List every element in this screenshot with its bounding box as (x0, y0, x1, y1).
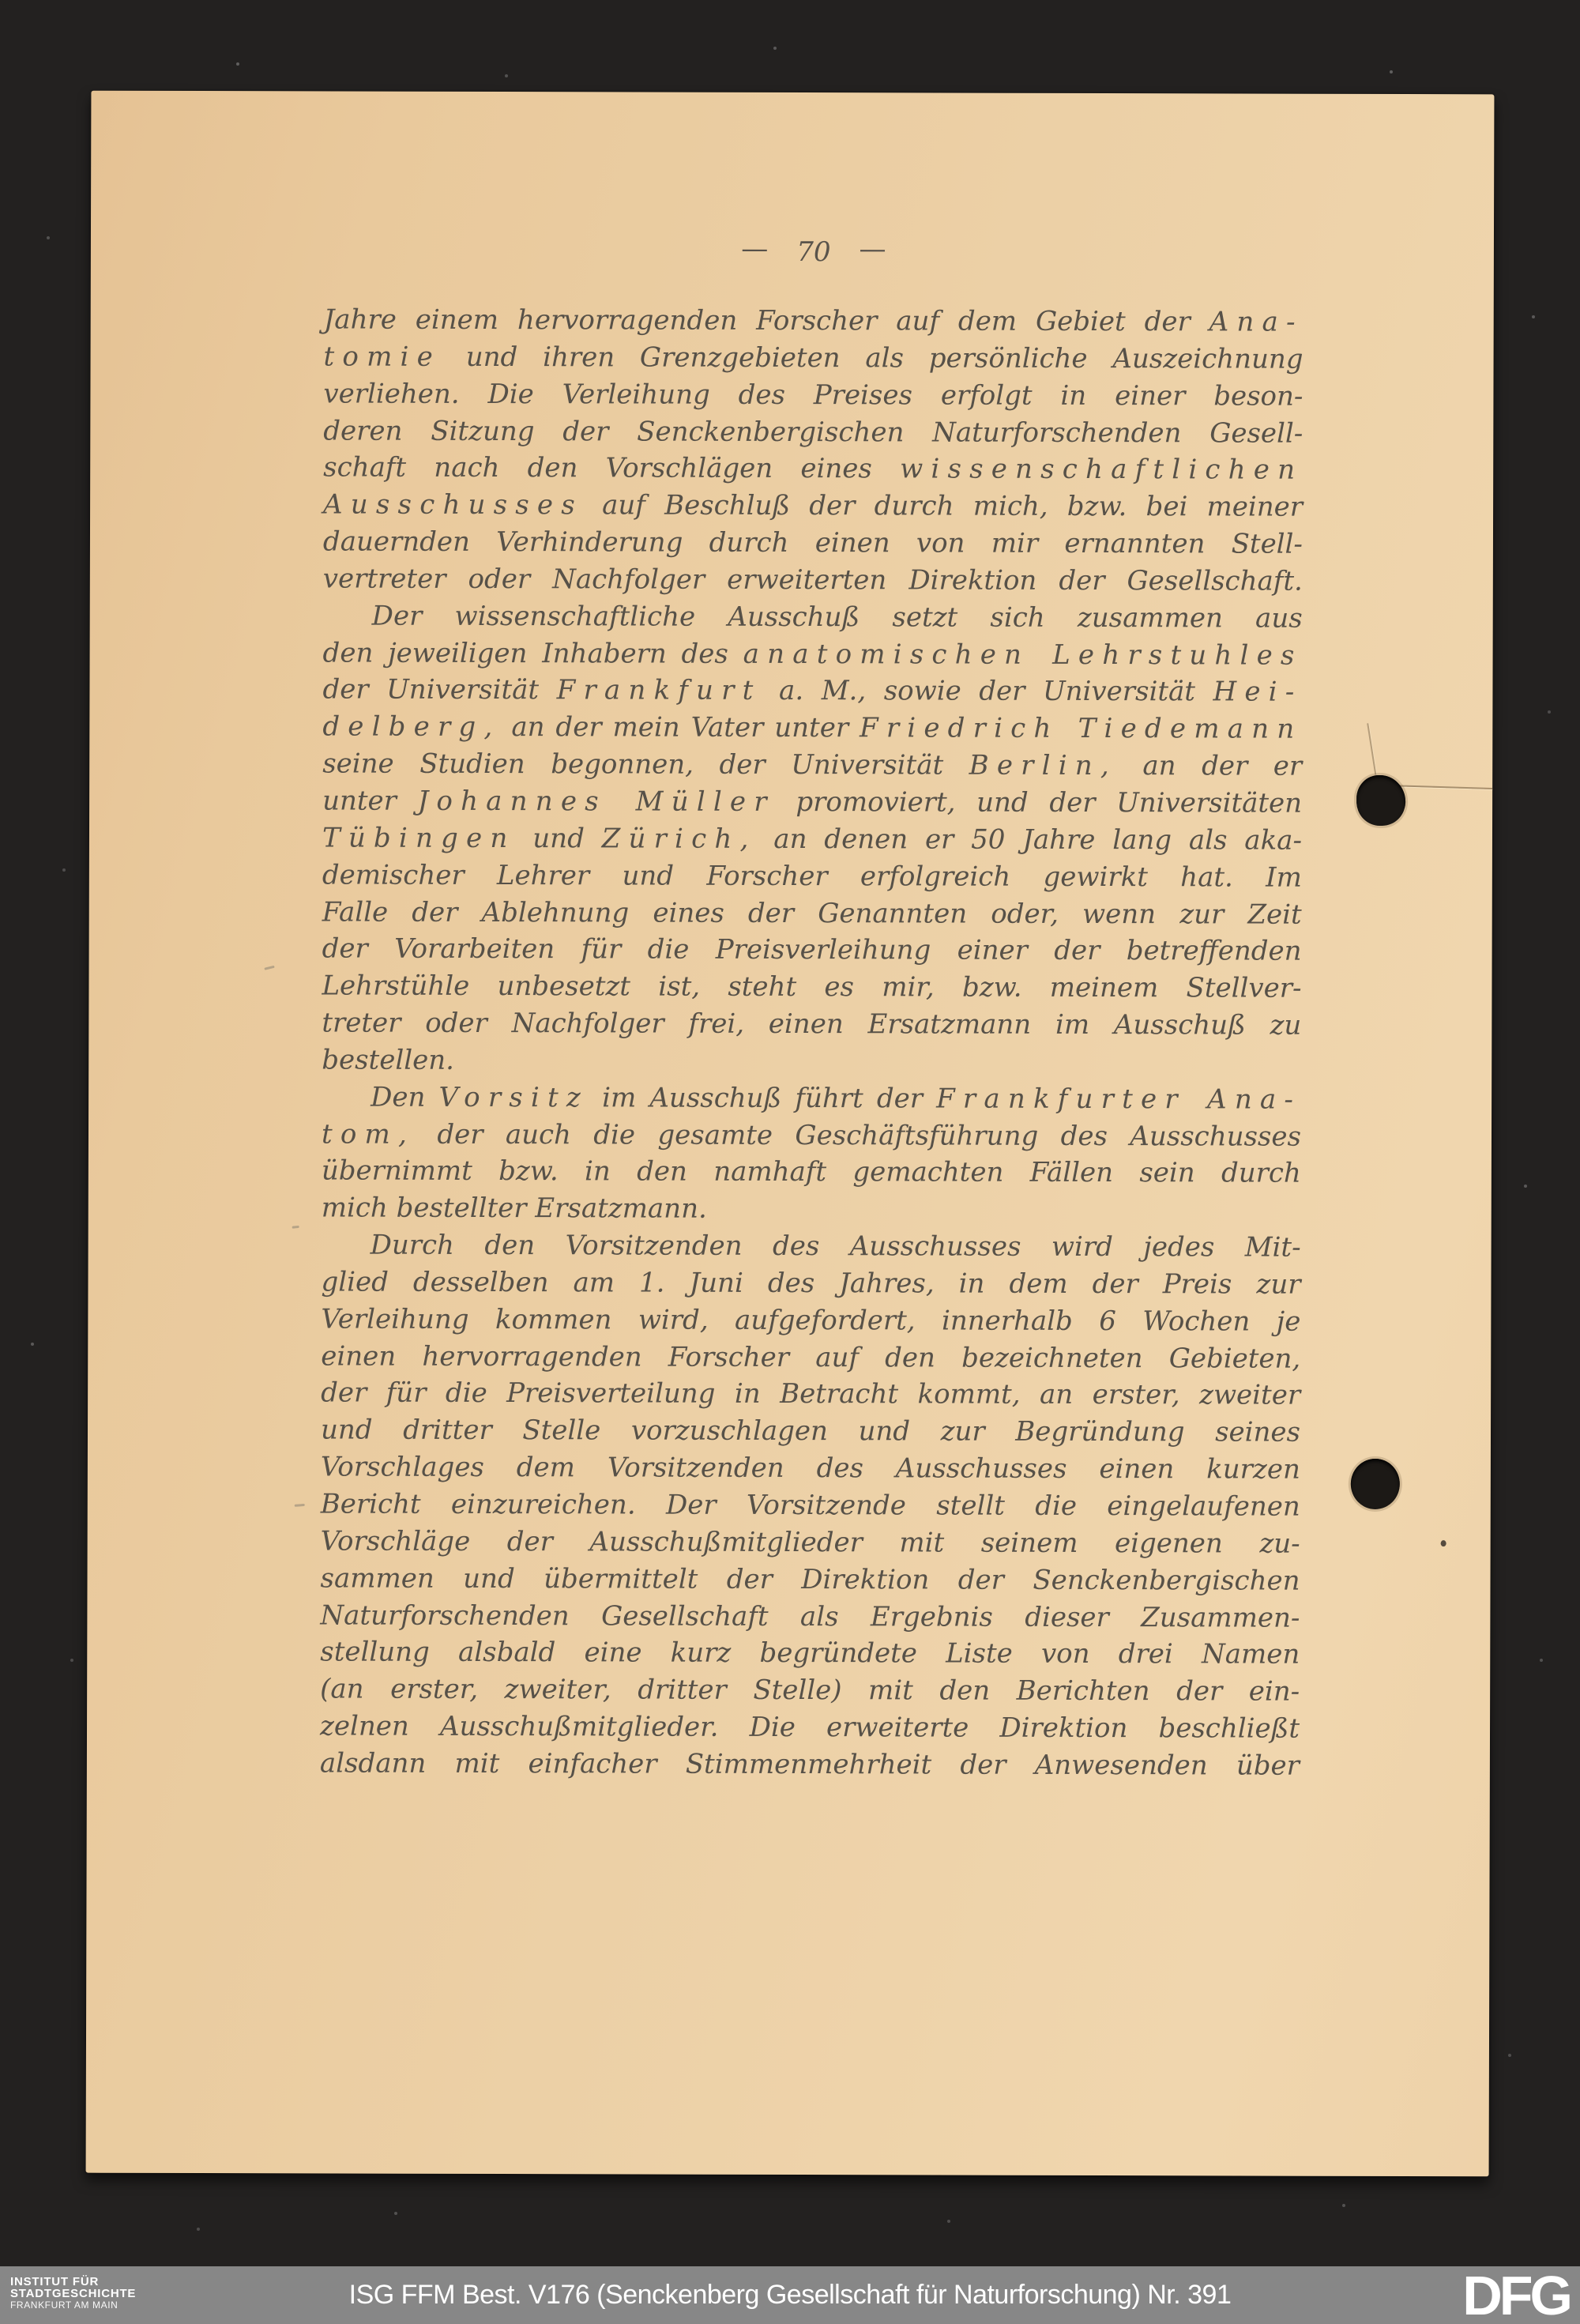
letterspaced-text: Vorsitz (438, 1082, 589, 1113)
text-segment: an denen er 50 Jahre lang als aka- (756, 823, 1302, 857)
text-line: Vorschläge der Ausschußmitglieder mit se… (321, 1523, 1300, 1562)
letterspaced-text: Friedrich Tiedemann (860, 713, 1302, 745)
paragraph: Der wissenschaftliche Ausschuß setzt sic… (322, 597, 1303, 1081)
text-line: deren Sitzung der Senckenbergischen Natu… (323, 412, 1303, 452)
text-line: einen hervorragenden Forscher auf den be… (321, 1338, 1300, 1377)
text-line: Naturforschenden Gesellschaft als Ergebn… (320, 1597, 1300, 1637)
text-line: mich bestellter Ersatzmann. (322, 1190, 1301, 1230)
text-segment: im Ausschuß führt der (589, 1082, 936, 1114)
text-line: verliehen. Die Verleihung des Preises er… (323, 375, 1303, 415)
margin-pencil-mark (264, 966, 274, 970)
text-line: der Vorarbeiten für die Preisverleihung … (322, 931, 1302, 970)
text-line: den jeweiligen Inhabern des anatomischen… (323, 635, 1303, 674)
text-segment: Der wissenschaftliche Ausschuß setzt sic… (372, 600, 1303, 634)
text-line: treter oder Nachfolger frei, einen Ersat… (322, 1004, 1301, 1044)
text-line: Den Vorsitz im Ausschuß führt der Frankf… (322, 1079, 1301, 1118)
institute-logo-line2: STADTGESCHICHTE (10, 2288, 136, 2300)
institute-logo: INSTITUT FÜR STADTGESCHICHTE FRANKFURT A… (10, 2277, 136, 2311)
text-segment: alsdann mit einfacher Stimmenmehrheit de… (320, 1747, 1300, 1781)
text-line: Durch den Vorsitzenden des Ausschusses w… (322, 1227, 1301, 1267)
text-segment: treter oder Nachfolger frei, einen Ersat… (322, 1007, 1301, 1041)
letterspaced-text: Zürich, (602, 823, 757, 855)
text-line: und dritter Stelle vorzuschlagen und zur… (321, 1412, 1300, 1452)
page-number: 70 (796, 236, 830, 268)
text-line: Jahre einem hervorragenden Forscher auf … (324, 301, 1303, 341)
paragraph: Den Vorsitz im Ausschuß führt der Frankf… (322, 1079, 1301, 1230)
letterspaced-text: tom, (322, 1118, 415, 1150)
text-line: stellung alsbald eine kurz begründete Li… (320, 1634, 1300, 1674)
text-segment: dauernden Verhinderung durch einen von m… (323, 526, 1303, 560)
scanned-page: —70— Jahre einem hervorragenden Forscher… (86, 91, 1495, 2177)
text-segment: sammen und übermittelt der Direktion der… (320, 1562, 1300, 1596)
text-line: tomie und ihren Grenzgebieten als persön… (324, 338, 1303, 378)
text-segment: promoviert, und der Universitäten (775, 786, 1302, 819)
text-segment: Bericht einzureichen. Der Vorsitzende st… (321, 1488, 1300, 1522)
text-segment: Vorschlages dem Vorsitzenden des Ausschu… (321, 1452, 1300, 1486)
letterspaced-text: delberg, (322, 711, 500, 744)
text-segment: unter (322, 785, 418, 816)
text-segment: Vorschläge der Ausschußmitglieder mit se… (321, 1525, 1300, 1559)
letterspaced-text: Frankfurt (557, 675, 762, 707)
text-line: Verleihung kommen wird, aufgefordert, in… (321, 1301, 1300, 1340)
text-segment: zelnen Ausschußmitglieder. Die erweitert… (320, 1711, 1300, 1745)
text-line: seine Studien begonnen, der Universität … (322, 746, 1302, 785)
background-speckles (0, 0, 2, 2)
text-segment: mich bestellter Ersatzmann. (322, 1192, 707, 1225)
text-segment: Naturforschenden Gesellschaft als Ergebn… (320, 1599, 1300, 1633)
punch-hole-bottom (1351, 1459, 1400, 1509)
text-segment: Falle der Ablehnung eines der Genannten … (322, 896, 1302, 930)
text-segment: Den (371, 1081, 439, 1113)
paragraph: Durch den Vorsitzenden des Ausschusses w… (320, 1227, 1301, 1785)
paragraph: Jahre einem hervorragenden Forscher auf … (323, 301, 1303, 600)
text-segment: und (515, 823, 601, 854)
text-segment: an der mein Vater unter (500, 711, 860, 744)
text-segment: seine Studien begonnen, der Universität (322, 748, 969, 782)
text-segment: auf Beschluß der durch mich, bzw. bei me… (583, 490, 1303, 523)
text-segment: der Universität (322, 674, 556, 706)
text-segment: Lehrstühle unbesetzt ist, steht es mir, … (322, 970, 1301, 1004)
paper-crack (1367, 723, 1376, 775)
letterspaced-text: Johannes Müller (418, 785, 775, 818)
text-segment: an der er (1117, 750, 1302, 782)
text-segment: glied desselben am 1. Juni des Jahres, i… (321, 1266, 1300, 1300)
text-line: vertreter oder Nachfolger erweiterten Di… (323, 560, 1303, 600)
text-line: bestellen. (322, 1041, 1301, 1081)
text-line: dauernden Verhinderung durch einen von m… (323, 524, 1303, 563)
letterspaced-text: Frankfurter Ana- (936, 1083, 1301, 1115)
text-line: unter Johannes Müller promoviert, und de… (322, 782, 1302, 822)
text-segment: a. M., sowie der Universität (761, 675, 1213, 707)
text-line: der für die Preisverteilung in Betracht … (321, 1375, 1300, 1414)
text-segment: bestellen. (322, 1044, 454, 1075)
text-segment: der für die Preisverteilung in Betracht … (321, 1377, 1300, 1411)
text-line: Bericht einzureichen. Der Vorsitzende st… (321, 1486, 1300, 1525)
text-segment: (an erster, zweiter, dritter Stelle) mit… (320, 1674, 1300, 1708)
page-header: —70— (324, 235, 1303, 269)
paper-crack (1394, 785, 1492, 789)
institute-logo-line3: FRANKFURT AM MAIN (10, 2300, 136, 2311)
letterspaced-text: Ana- (1209, 306, 1303, 337)
text-line: Ausschusses auf Beschluß der durch mich,… (323, 487, 1303, 526)
letterspaced-text: tomie (324, 341, 441, 372)
text-segment: den jeweiligen Inhabern des (323, 637, 743, 669)
letterspaced-text: wissenschaftlichen (900, 454, 1303, 486)
text-line: glied desselben am 1. Juni des Jahres, i… (321, 1264, 1300, 1303)
text-segment: demischer Lehrer und Forscher erfolgreic… (322, 859, 1302, 893)
text-segment: stellung alsbald eine kurz begründete Li… (320, 1637, 1300, 1670)
text-line: tom, der auch die gesamte Geschäftsführu… (322, 1116, 1301, 1155)
text-line: schaft nach den Vorschlägen eines wissen… (323, 450, 1303, 489)
text-segment: Jahre einem hervorragenden Forscher auf … (324, 303, 1209, 337)
text-segment: deren Sitzung der Senckenbergischen Natu… (323, 415, 1303, 449)
dfg-logo: DFG (1462, 2266, 1570, 2324)
text-segment: und dritter Stelle vorzuschlagen und zur… (321, 1414, 1300, 1448)
letterspaced-text: Tübingen (322, 822, 516, 854)
text-block: Jahre einem hervorragenden Forscher auf … (320, 301, 1303, 1784)
letterspaced-text: Hei- (1213, 676, 1302, 708)
text-line: alsdann mit einfacher Stimmenmehrheit de… (320, 1745, 1300, 1784)
text-segment: Verleihung kommen wird, aufgefordert, in… (321, 1303, 1300, 1337)
letterspaced-text: anatomischen Lehrstuhles (743, 638, 1303, 671)
archive-caption-bar: ISG FFM Best. V176 (Senckenberg Gesellsc… (0, 2266, 1580, 2324)
text-line: zelnen Ausschußmitglieder. Die erweitert… (320, 1708, 1300, 1748)
text-segment: verliehen. Die Verleihung des Preises er… (323, 378, 1303, 412)
text-line: Tübingen und Zürich, an denen er 50 Jahr… (322, 819, 1302, 859)
text-line: Falle der Ablehnung eines der Genannten … (322, 894, 1302, 933)
text-line: übernimmt bzw. in den namhaft gemachten … (322, 1153, 1301, 1192)
margin-pencil-mark (292, 1226, 299, 1229)
archive-caption: ISG FFM Best. V176 (Senckenberg Gesellsc… (0, 2266, 1580, 2324)
text-line: delberg, an der mein Vater unter Friedri… (322, 709, 1302, 748)
text-line: Vorschlages dem Vorsitzenden des Ausschu… (321, 1449, 1300, 1489)
header-dash-right: — (860, 233, 886, 265)
text-segment: schaft nach den Vorschlägen eines (323, 452, 900, 485)
text-segment: einen hervorragenden Forscher auf den be… (321, 1340, 1300, 1374)
text-segment: der auch die gesamte Geschäftsführung de… (415, 1118, 1301, 1152)
text-line: Der wissenschaftliche Ausschuß setzt sic… (323, 597, 1303, 637)
letterspaced-text: Berlin, (969, 750, 1117, 782)
text-line: der Universität Frankfurt a. M., sowie d… (322, 672, 1302, 711)
text-segment: übernimmt bzw. in den namhaft gemachten … (322, 1155, 1301, 1189)
text-line: Lehrstühle unbesetzt ist, steht es mir, … (322, 968, 1301, 1008)
text-segment: vertreter oder Nachfolger erweiterten Di… (323, 563, 1303, 597)
text-segment: Durch den Vorsitzenden des Ausschusses w… (371, 1230, 1301, 1264)
text-line: (an erster, zweiter, dritter Stelle) mit… (320, 1671, 1300, 1711)
text-segment: der Vorarbeiten für die Preisverleihung … (322, 933, 1302, 967)
paper-speck (1441, 1540, 1446, 1546)
margin-pencil-mark (295, 1504, 305, 1507)
letterspaced-text: Ausschusses (323, 489, 583, 522)
punch-hole-top (1356, 775, 1405, 826)
text-line: sammen und übermittelt der Direktion der… (320, 1560, 1300, 1599)
header-dash-left: — (741, 233, 768, 265)
text-line: demischer Lehrer und Forscher erfolgreic… (322, 857, 1302, 896)
text-segment: und ihren Grenzgebieten als persönliche … (441, 341, 1303, 375)
